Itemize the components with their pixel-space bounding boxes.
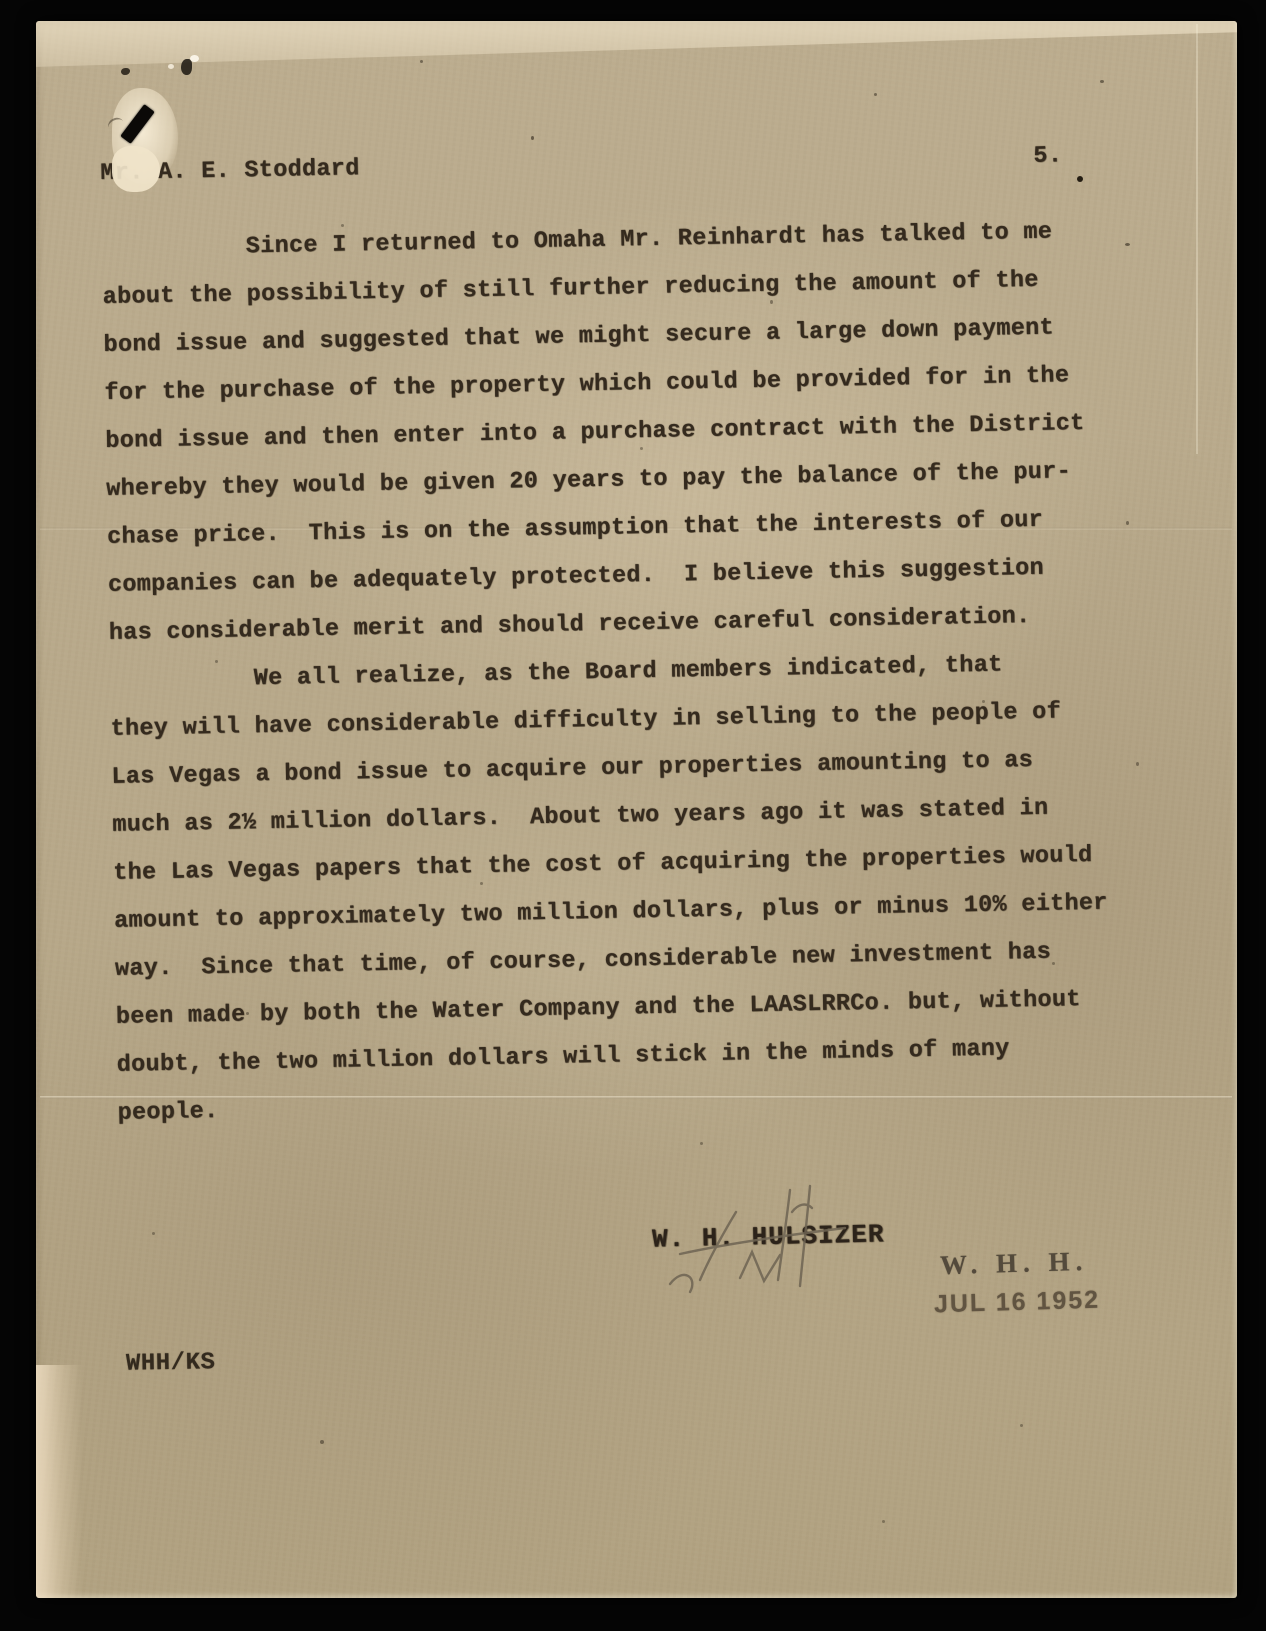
- paper-chip: [168, 64, 174, 69]
- scan-background: Mr. A. E. Stoddard 5. Since I returned t…: [0, 0, 1266, 1631]
- paper-chip: [190, 55, 199, 62]
- approval-stamp-date: JUL 16 1952: [934, 1286, 1101, 1320]
- letter-body: Since I returned to Omaha Mr. Reinhardt …: [101, 208, 1108, 1138]
- letter-text-block: Mr. A. E. Stoddard 5. Since I returned t…: [100, 132, 1108, 1138]
- page-number: 5.: [1033, 132, 1063, 181]
- recipient-line: Mr. A. E. Stoddard: [100, 145, 360, 198]
- approval-stamp-initials: W. H. H.: [940, 1246, 1089, 1281]
- typist-reference: WHH/KS: [126, 1349, 216, 1378]
- typed-signature: W. H. HULSIZER: [652, 1219, 885, 1254]
- paper-hole: [181, 59, 192, 75]
